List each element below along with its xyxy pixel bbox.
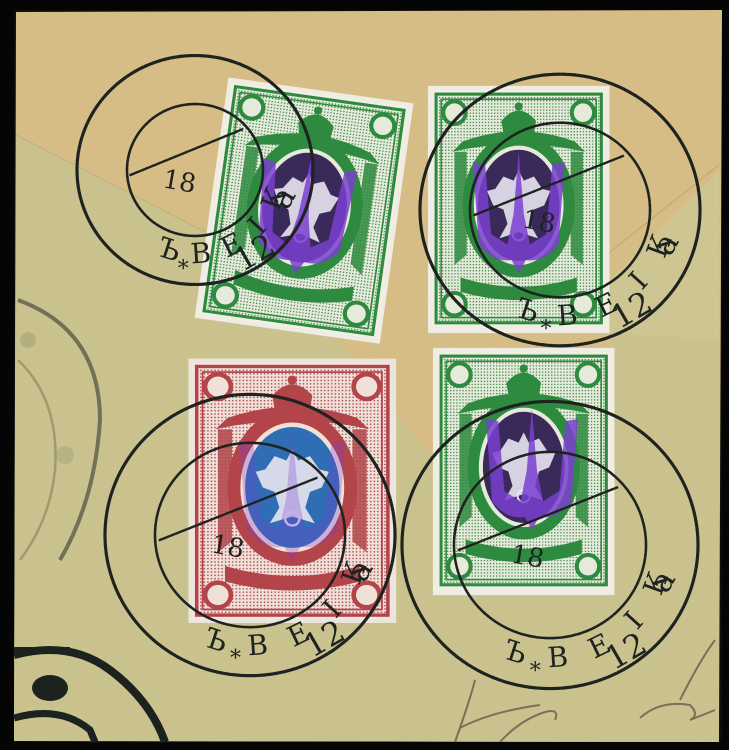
- svg-text:*: *: [178, 257, 189, 282]
- svg-text:18: 18: [160, 164, 198, 199]
- stamp-top-right: [428, 86, 610, 333]
- svg-text:18: 18: [209, 529, 247, 564]
- svg-text:В: В: [246, 628, 269, 662]
- svg-text:В: В: [546, 640, 569, 674]
- svg-text:18: 18: [508, 539, 546, 574]
- stamp-piece-photo: КIЕВЪ1812а*КIЕВЪ1812а*КIЕВЪ1812а*КIЕВЪ18…: [0, 0, 729, 750]
- svg-text:В: В: [556, 298, 579, 332]
- svg-text:18: 18: [520, 204, 558, 239]
- svg-text:*: *: [541, 317, 552, 342]
- svg-text:В: В: [189, 236, 212, 270]
- svg-text:*: *: [530, 659, 541, 684]
- svg-text:*: *: [230, 647, 241, 672]
